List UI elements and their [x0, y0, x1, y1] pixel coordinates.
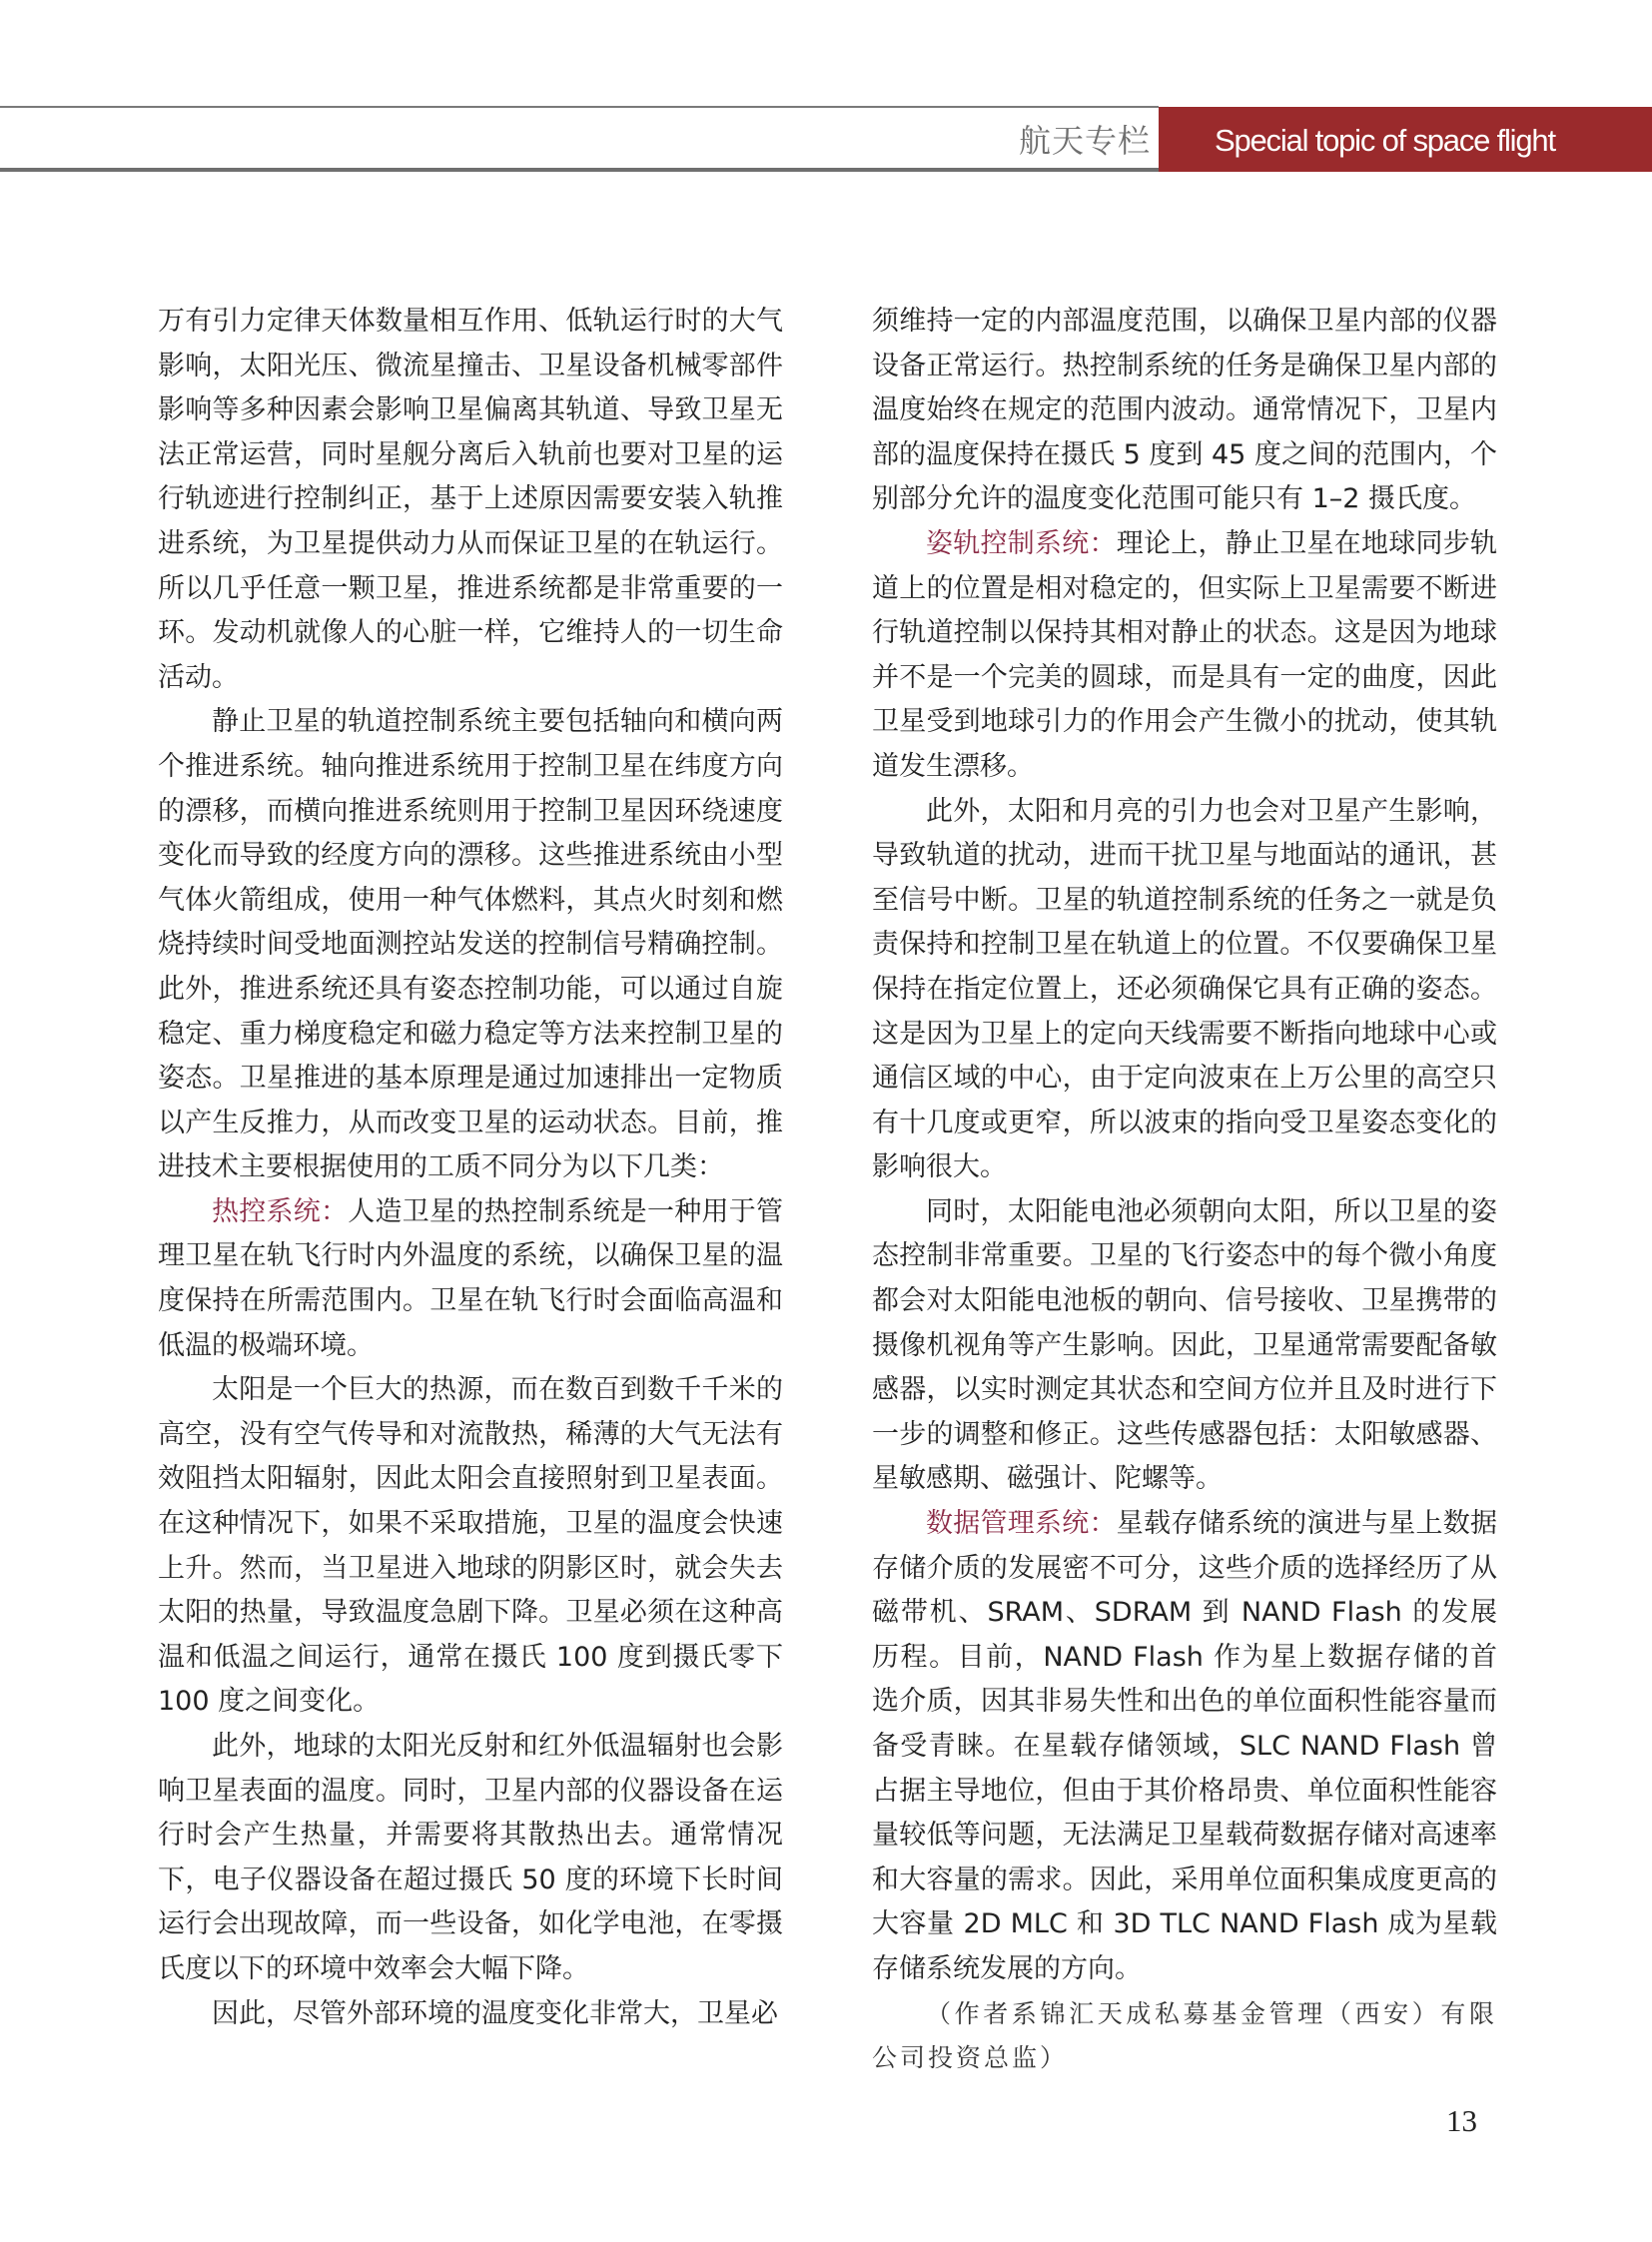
header-bottom-rule [0, 168, 1159, 172]
article-column-right: 须维持一定的内部温度范围，以确保卫星内部的仪器设备正常运行。热控制系统的任务是确… [872, 300, 1497, 2081]
paragraph-attitude-orbit-control: 姿轨控制系统：理论上，静止卫星在地球同步轨道上的位置是相对稳定的，但实际上卫星需… [872, 522, 1497, 790]
paragraph: 万有引力定律天体数量相互作用、低轨运行时的大气影响，太阳光压、微流星撞击、卫星设… [158, 300, 783, 700]
paragraph: 此外，地球的太阳光反射和红外低温辐射也会影响卫星表面的温度。同时，卫星内部的仪器… [158, 1725, 783, 1992]
section-title-english: Special topic of space flight [1215, 118, 1555, 164]
paragraph: 静止卫星的轨道控制系统主要包括轴向和横向两个推进系统。轴向推进系统用于控制卫星在… [158, 700, 783, 1190]
paragraph: 须维持一定的内部温度范围，以确保卫星内部的仪器设备正常运行。热控制系统的任务是确… [872, 300, 1497, 522]
paragraph-thermal-control: 热控系统：人造卫星的热控制系统是一种用于管理卫星在轨飞行时内外温度的系统，以确保… [158, 1190, 783, 1368]
paragraph-text: 理论上，静止卫星在地球同步轨道上的位置是相对稳定的，但实际上卫星需要不断进行轨道… [872, 528, 1497, 782]
article-column-left: 万有引力定律天体数量相互作用、低轨运行时的大气影响，太阳光压、微流星撞击、卫星设… [158, 300, 783, 2036]
paragraph: 太阳是一个巨大的热源，而在数百到数千千米的高空，没有空气传导和对流散热，稀薄的大… [158, 1368, 783, 1725]
author-byline: （作者系锦汇天成私募基金管理（西安）有限公司投资总监） [872, 1992, 1497, 2081]
paragraph: 此外，太阳和月亮的引力也会对卫星产生影响，导致轨道的扰动，进而干扰卫星与地面站的… [872, 790, 1497, 1190]
paragraph: 因此，尽管外部环境的温度变化非常大，卫星必 [158, 1992, 783, 2037]
subsection-keyword: 数据管理系统： [926, 1508, 1117, 1539]
subsection-keyword: 热控系统： [212, 1196, 348, 1227]
paragraph: 同时，太阳能电池必须朝向太阳，所以卫星的姿态控制非常重要。卫星的飞行姿态中的每个… [872, 1190, 1497, 1502]
page-number: 13 [1446, 2103, 1477, 2139]
subsection-keyword: 姿轨控制系统： [926, 528, 1117, 559]
paragraph-text: 星载存储系统的演进与星上数据存储介质的发展密不可分，这些介质的选择经历了从磁带机… [872, 1508, 1497, 1984]
paragraph-data-management: 数据管理系统：星载存储系统的演进与星上数据存储介质的发展密不可分，这些介质的选择… [872, 1502, 1497, 1992]
header-top-rule [0, 106, 1159, 108]
section-title-chinese: 航天专栏 [1019, 118, 1151, 164]
